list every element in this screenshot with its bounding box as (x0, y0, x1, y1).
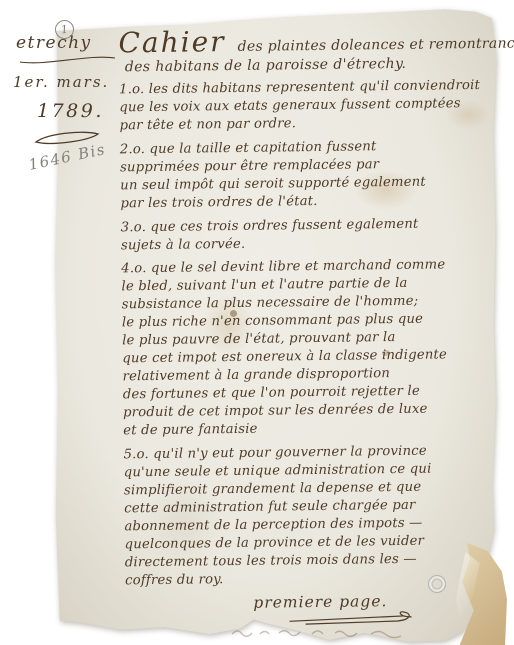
title-rest: des plaintes doleances et remontrances (238, 35, 514, 55)
manuscript-line: coffres du roy. (125, 568, 511, 591)
manuscript-content: Cahier des plaintes doleances et remontr… (118, 24, 511, 632)
manuscript-line: et de pure fantaisie (123, 418, 509, 441)
article-3: 3.o. que ces trois ordres fussent egalem… (121, 215, 507, 256)
manuscript-scan: 1 etrechy 1er. mars. 1789. 1646 Bis Cahi… (0, 0, 514, 645)
manuscript-line: par les trois ordres de l'état. (120, 191, 506, 214)
article-2: 2.o. que la taille et capitation fussent… (120, 137, 507, 214)
manuscript-line: sujets à la corvée. (121, 233, 507, 256)
footer-page-label: premiere page. (253, 591, 511, 612)
faded-text-remnant (228, 624, 438, 642)
margin-date: 1er. mars. (13, 73, 109, 91)
place-underline-flourish (18, 52, 118, 66)
manuscript-line: par tête et non par ordre. (119, 113, 505, 136)
document-title: Cahier des plaintes doleances et remontr… (118, 24, 504, 59)
margin-place-name: etrechy (16, 33, 92, 53)
title-lead-word: Cahier (118, 27, 225, 58)
margin-year: 1789. (37, 100, 104, 122)
article-4: 4.o. que le sel devint libre et marchand… (121, 256, 509, 441)
document-subtitle: des habitans de la paroisse d'étrechy. (125, 55, 505, 76)
article-5: 5.o. qu'il n'y eut pour gouverner la pro… (123, 442, 511, 591)
article-1: 1.o. les dits habitans representent qu'i… (119, 77, 506, 136)
